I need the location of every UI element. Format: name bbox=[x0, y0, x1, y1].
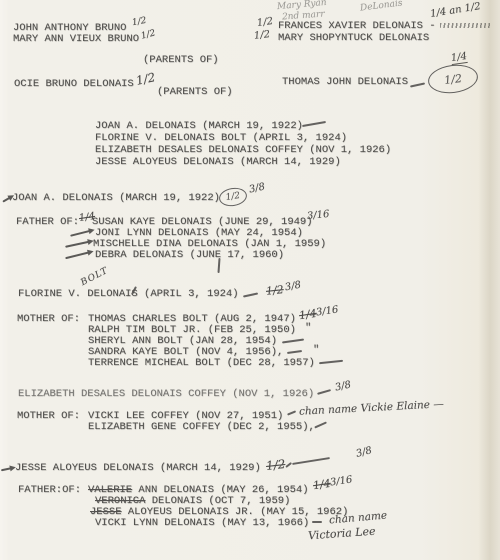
parent-name-ocie: OCIE BRUNO DELONAIS bbox=[14, 79, 134, 90]
pen-check-mark bbox=[287, 410, 296, 415]
struck-text-mark bbox=[440, 23, 490, 28]
pen-arrow-mark bbox=[1, 467, 14, 471]
child-list-item: ELIZABETH DESALES DELONAIS COFFEY (NOV 1… bbox=[95, 145, 391, 156]
handwritten-fraction-struck: 1/2 bbox=[265, 457, 286, 473]
ditto-mark: " bbox=[313, 345, 319, 356]
role-label: MOTHER OF: bbox=[17, 411, 80, 422]
section-heading-joan: JOAN A. DELONAIS (MARCH 19, 1922) bbox=[12, 193, 220, 204]
pen-arrow-mark bbox=[65, 251, 92, 259]
handwritten-fraction: 3/8 bbox=[248, 181, 266, 195]
parents-of-label: (PARENTS OF) bbox=[143, 55, 219, 66]
handwritten-fraction: 1/2 bbox=[135, 70, 157, 88]
handwritten-fraction: 1/2 bbox=[140, 28, 156, 41]
handwritten-fraction: 1/2 bbox=[256, 16, 273, 29]
pen-dash-mark bbox=[243, 292, 258, 297]
handwritten-fraction: 1/2 bbox=[253, 29, 270, 42]
pen-dash-mark bbox=[302, 121, 326, 127]
grandmother-name: MARY ANN VIEUX BRUNO bbox=[13, 34, 139, 45]
handwritten-fraction-struck: 1/2 bbox=[265, 283, 284, 298]
pen-check-mark bbox=[285, 462, 291, 467]
pen-arrow-mark bbox=[70, 229, 93, 236]
handwritten-name-change-note: Victoria Lee bbox=[308, 525, 376, 543]
role-label: FATHER:OF: bbox=[18, 485, 81, 496]
handwritten-fraction: 3/8 bbox=[284, 280, 302, 294]
pen-arrow-mark bbox=[65, 240, 92, 247]
pen-dash-mark bbox=[292, 457, 330, 464]
section-heading-jesse: JESSE ALOYEUS DELONAIS (MARCH 14, 1929) bbox=[15, 463, 261, 474]
handwritten-fraction-note: 1/4 an 1/2 bbox=[429, 1, 481, 20]
handwritten-fraction: 1/2 bbox=[131, 16, 147, 28]
pen-stray-mark bbox=[217, 258, 220, 273]
handwritten-fraction: 3/16 bbox=[329, 474, 353, 488]
section-heading-florine: FLORINE V. DELONAIS (APRIL 3, 1924) bbox=[18, 289, 239, 300]
grandfather-name-delonais: FRANCES XAVIER DELONAIS - bbox=[278, 21, 436, 32]
subject-name: THOMAS JOHN DELONAIS bbox=[282, 77, 408, 88]
handwritten-name-change-note: chan name Vickie Elaine — bbox=[299, 398, 444, 418]
grandmother-name-delonais: MARY SHOPYNTUCK DELONAIS bbox=[278, 33, 429, 44]
pen-check-mark bbox=[314, 421, 326, 428]
circled-fraction: 1/2 bbox=[426, 62, 479, 96]
circled-fraction: 1/2 bbox=[218, 186, 248, 208]
handwritten-fraction: 3/16 bbox=[306, 209, 329, 222]
handwritten-fraction: 1/2 bbox=[443, 71, 462, 86]
child-list-item: JESSE ALOYEUS DELONAIS (MARCH 14, 1929) bbox=[95, 157, 341, 168]
handwritten-fraction: 1/2 bbox=[225, 191, 241, 203]
child-record: DEBRA DELONAIS (JUNE 17, 1960) bbox=[95, 250, 284, 261]
pen-dash-mark bbox=[287, 350, 302, 354]
role-label: MOTHER OF: bbox=[17, 314, 80, 325]
handwritten-insert-bolt: BOLT bbox=[79, 266, 110, 288]
child-record: VICKI LYNN DELONAIS (MAY 13, 1966) bbox=[95, 518, 309, 529]
pen-dash-mark bbox=[319, 360, 343, 364]
parents-of-label: (PARENTS OF) bbox=[157, 87, 233, 98]
child-record: ELIZABETH GENE COFFEY (DEC 2, 1955), bbox=[88, 422, 315, 433]
pen-dash-mark bbox=[317, 389, 331, 394]
handwritten-fraction: 3/8 bbox=[334, 379, 352, 393]
pen-dash-mark bbox=[312, 521, 322, 523]
ditto-mark: " bbox=[305, 323, 311, 334]
child-list-item: JOAN A. DELONAIS (MARCH 19, 1922) bbox=[95, 121, 303, 132]
section-heading-elizabeth: ELIZABETH DESALES DELONAIS COFFEY (NOV 1… bbox=[18, 389, 314, 400]
handwritten-note: DeLonais bbox=[360, 0, 404, 14]
handwritten-fraction: 1/4 bbox=[450, 51, 468, 65]
scanned-genealogy-page: JOHN ANTHONY BRUNO 1/2 MARY ANN VIEUX BR… bbox=[0, 0, 500, 560]
role-label: FATHER OF: bbox=[16, 217, 79, 228]
handwritten-fraction: 3/16 bbox=[315, 304, 339, 318]
child-list-item: FLORINE V. DELONAIS BOLT (APRIL 3, 1924) bbox=[95, 133, 347, 144]
handwritten-fraction: 3/8 bbox=[355, 445, 373, 460]
child-record: TERRENCE MICHEAL BOLT (DEC 28, 1957) bbox=[88, 358, 315, 369]
pen-dash-mark bbox=[282, 338, 304, 343]
pen-dash-mark bbox=[410, 82, 425, 87]
